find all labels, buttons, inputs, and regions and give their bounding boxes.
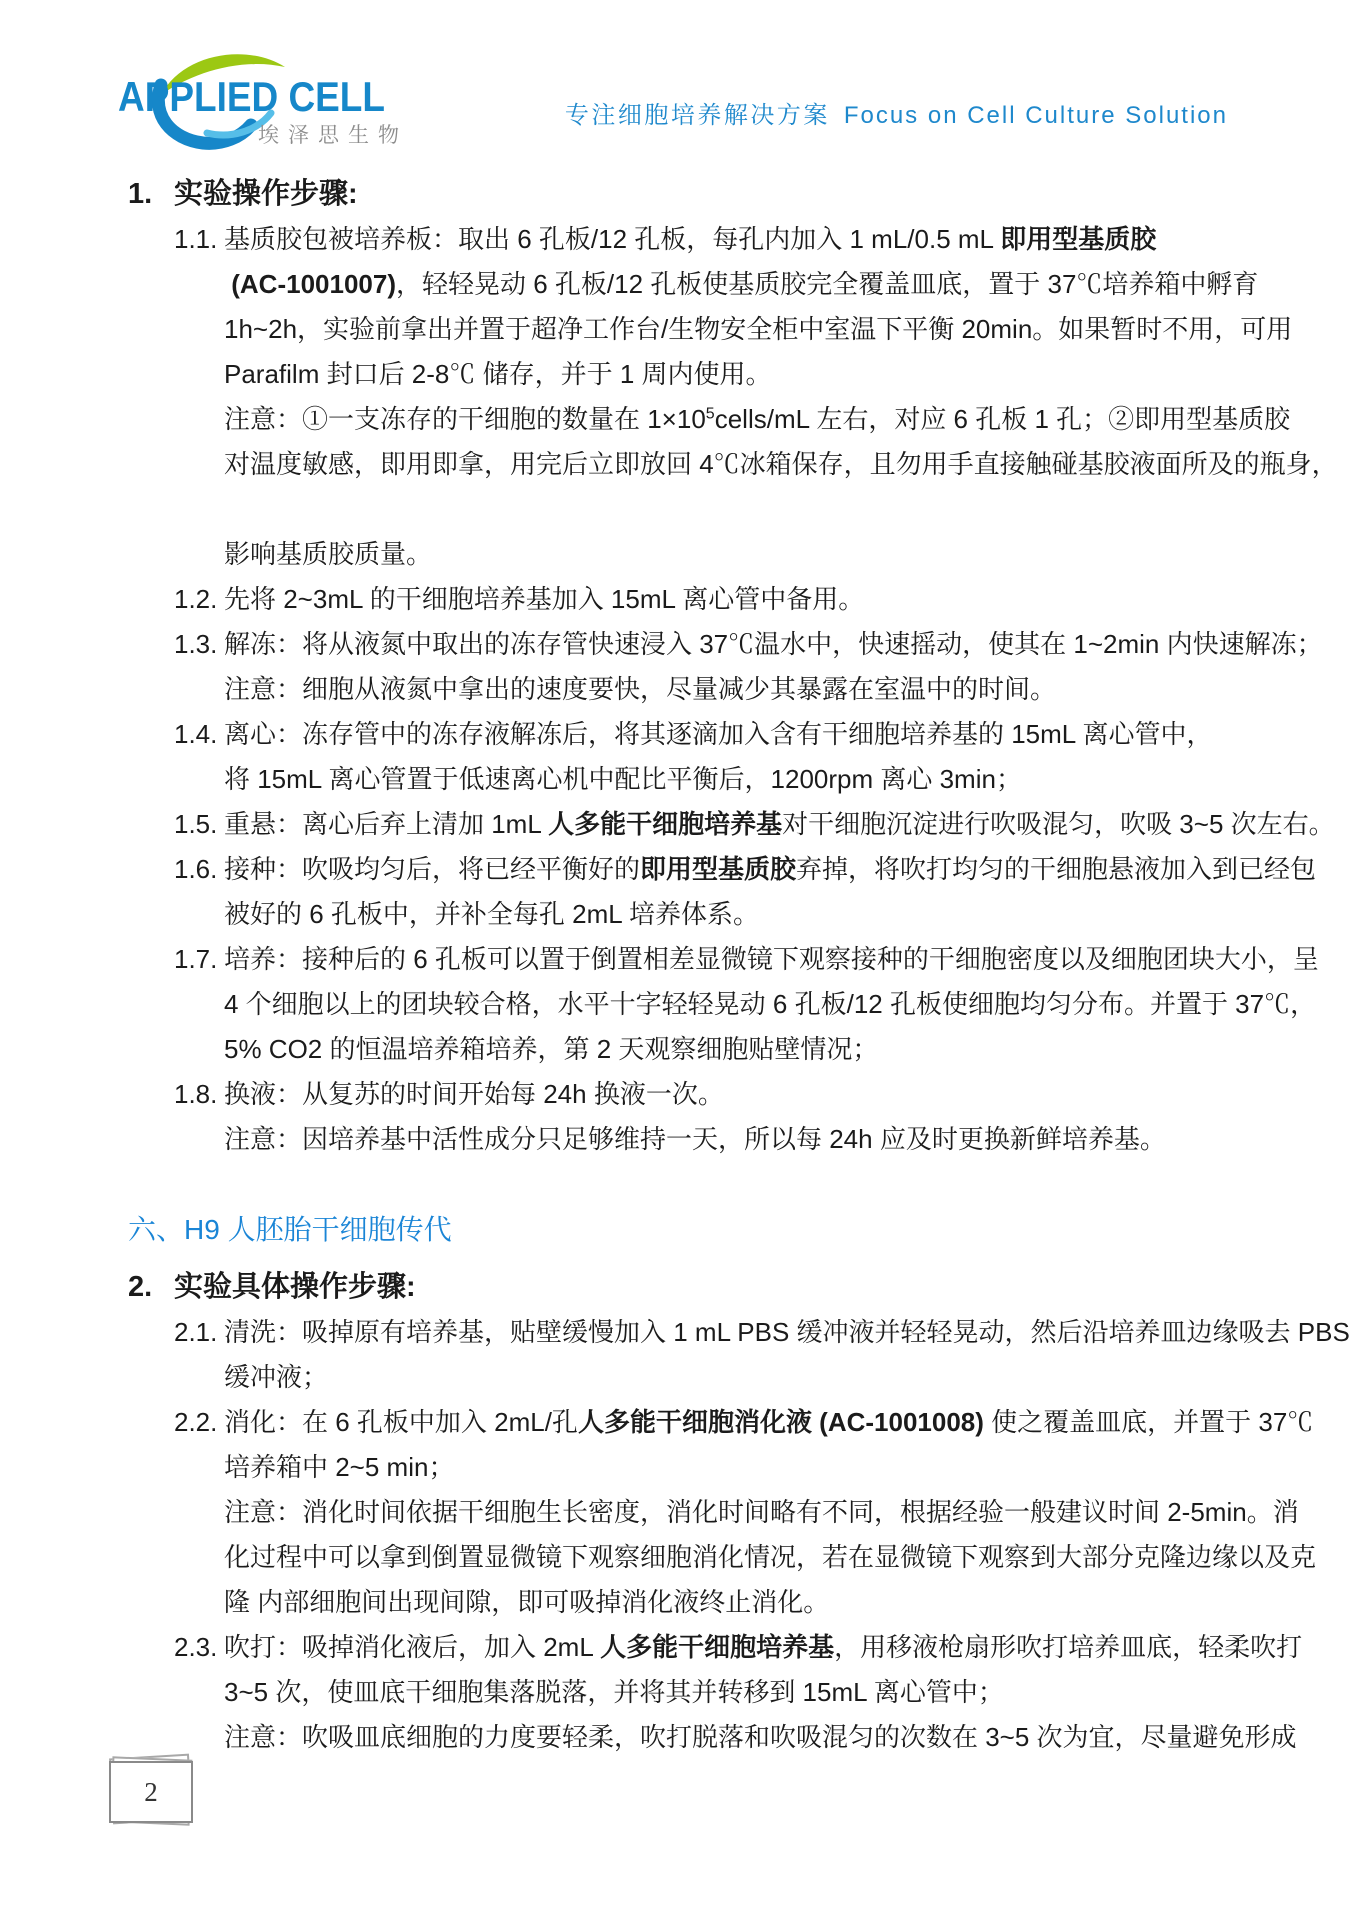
text-run: 接种：吹吸均匀后，将已经平衡好的 [224,854,640,884]
item-body: 重悬：离心后弃上清加 1mL 人多能干细胞培养基对干细胞沉淀进行吹吸混匀，吹吸 … [224,802,1240,847]
text-run: 被好的 6 孔板中，并补全每孔 2mL 培养体系。 [224,899,759,929]
text-line: 消化：在 6 孔板中加入 2mL/孔人多能干细胞消化液 (AC-1001008)… [224,1400,1240,1445]
page-number: 2 [144,1777,158,1808]
text-line: Parafilm 封口后 2-8℃ 储存，并于 1 周内使用。 [224,352,1240,397]
text-run: 化过程中可以拿到倒置显微镜下观察细胞消化情况，若在显微镜下观察到大部分克隆边缘以… [224,1542,1316,1572]
text-run: 使之覆盖皿底，并置于 37℃ [984,1407,1313,1437]
text-run: 先将 2~3mL 的干细胞培养基加入 15mL 离心管中备用。 [224,584,864,614]
text-line: 基质胶包被培养板：取出 6 孔板/12 孔板，每孔内加入 1 mL/0.5 mL… [224,217,1240,262]
list-item: 1.8.换液：从复苏的时间开始每 24h 换液一次。注意：因培养基中活性成分只足… [128,1072,1240,1162]
text-line: 先将 2~3mL 的干细胞培养基加入 15mL 离心管中备用。 [224,577,1240,622]
text-line: 注意：吹吸皿底细胞的力度要轻柔，吹打脱落和吹吸混匀的次数在 3~5 次为宜，尽量… [224,1715,1240,1760]
text-run: ，用移液枪扇形吹打培养皿底，轻柔吹打 [834,1632,1302,1662]
item-number: 1.6. [174,847,224,937]
text-run: 注意：消化时间依据干细胞生长密度，消化时间略有不同，根据经验一般建议时间 2-5… [224,1497,1299,1527]
text-run: 解冻：将从液氮中取出的冻存管快速浸入 37℃温水中，快速摇动，使其在 1~2mi… [224,629,1323,659]
item-number: 1.7. [174,937,224,1072]
item-number: 1.2. [174,577,224,622]
item-body: 基质胶包被培养板：取出 6 孔板/12 孔板，每孔内加入 1 mL/0.5 mL… [224,217,1240,577]
text-run: 4 个细胞以上的团块较合格，水平十字轻轻晃动 6 孔板/12 孔板使细胞均匀分布… [224,989,1316,1019]
item-number: 1.4. [174,712,224,802]
item-body: 清洗：吸掉原有培养基，贴壁缓慢加入 1 mL PBS 缓冲液并轻轻晃动，然后沿培… [224,1310,1240,1400]
text-line: 3~5 次，使皿底干细胞集落脱落，并将其并转移到 15mL 离心管中； [224,1670,1240,1715]
logo-title: APPLIED CELL [118,73,385,121]
text-line: 培养：接种后的 6 孔板可以置于倒置相差显微镜下观察接种的干细胞密度以及细胞团块… [224,937,1240,982]
text-run: Parafilm 封口后 2-8℃ 储存，并于 1 周内使用。 [224,359,772,389]
tagline-english: Focus on Cell Culture Solution [844,102,1228,129]
item-body: 消化：在 6 孔板中加入 2mL/孔人多能干细胞消化液 (AC-1001008)… [224,1400,1240,1625]
header-tagline: 专注细胞培养解决方案Focus on Cell Culture Solution [565,95,1228,130]
vertical-spacer [128,1162,1240,1207]
text-run: 注意：吹吸皿底细胞的力度要轻柔，吹打脱落和吹吸混匀的次数在 3~5 次为宜，尽量… [224,1722,1297,1752]
text-run: 对温度敏感，即用即拿，用完后立即放回 4℃冰箱保存，且勿用手直接触碰基胶液面所及… [224,449,1338,479]
list-item: 1.2.先将 2~3mL 的干细胞培养基加入 15mL 离心管中备用。 [128,577,1240,622]
item-number: 1.1. [174,217,224,577]
item-body: 先将 2~3mL 的干细胞培养基加入 15mL 离心管中备用。 [224,577,1240,622]
text-run: 注意：因培养基中活性成分只足够维持一天，所以每 24h 应及时更换新鲜培养基。 [224,1124,1166,1154]
text-line: 1h~2h，实验前拿出并置于超净工作台/生物安全柜中室温下平衡 20min。如果… [224,307,1240,352]
text-run: 影响基质胶质量。 [224,539,432,569]
text-run: 离心：冻存管中的冻存液解冻后，将其逐滴加入含有干细胞培养基的 15mL 离心管中… [224,719,1213,749]
item-number: 1.5. [174,802,224,847]
heading-text: 实验操作步骤: [174,172,1240,217]
item-body: 吹打：吸掉消化液后，加入 2mL 人多能干细胞培养基，用移液枪扇形吹打培养皿底，… [224,1625,1240,1760]
text-line: 吹打：吸掉消化液后，加入 2mL 人多能干细胞培养基，用移液枪扇形吹打培养皿底，… [224,1625,1240,1670]
text-line: 离心：冻存管中的冻存液解冻后，将其逐滴加入含有干细胞培养基的 15mL 离心管中… [224,712,1240,757]
text-line: 5% CO2 的恒温培养箱培养，第 2 天观察细胞贴壁情况； [224,1027,1240,1072]
text-run: 吹打：吸掉消化液后，加入 2mL [224,1632,600,1662]
text-run: 将 15mL 离心管置于低速离心机中配比平衡后，1200rpm 离心 3min； [224,764,1022,794]
text-run: 清洗：吸掉原有培养基，贴壁缓慢加入 1 mL PBS 缓冲液并轻轻晃动，然后沿培… [224,1317,1350,1347]
list-item: 2.2.消化：在 6 孔板中加入 2mL/孔人多能干细胞消化液 (AC-1001… [128,1400,1240,1625]
bold-text-run: 人多能干细胞消化液 (AC-1001008) [578,1407,984,1437]
text-line: 将 15mL 离心管置于低速离心机中配比平衡后，1200rpm 离心 3min； [224,757,1240,802]
text-run: 隆 内部细胞间出现间隙，即可吸掉消化液终止消化。 [224,1587,829,1617]
text-line: 隆 内部细胞间出现间隙，即可吸掉消化液终止消化。 [224,1580,1240,1625]
logo-subtitle: 埃泽思生物 [258,119,408,149]
text-run: 消化：在 6 孔板中加入 2mL/孔 [224,1407,578,1437]
text-run: cells/mL 左右，对应 6 孔板 1 孔；②即用型基质胶 [715,404,1290,434]
item-number: 2.3. [174,1625,224,1760]
bold-text-run: 人多能干细胞培养基 [600,1632,834,1662]
text-line: 注意：消化时间依据干细胞生长密度，消化时间略有不同，根据经验一般建议时间 2-5… [224,1490,1240,1535]
text-run: 5% CO2 的恒温培养箱培养，第 2 天观察细胞贴壁情况； [224,1034,878,1064]
text-line: 解冻：将从液氮中取出的冻存管快速浸入 37℃温水中，快速摇动，使其在 1~2mi… [224,622,1240,667]
item-number: 1.8. [174,1072,224,1162]
text-run: 注意：细胞从液氮中拿出的速度要快，尽量减少其暴露在室温中的时间。 [224,674,1056,704]
heading-text: 实验具体操作步骤: [174,1265,1240,1310]
page-header: APPLIED CELL 埃泽思生物 专注细胞培养解决方案Focus on Ce… [110,45,1240,150]
document-body: 1.实验操作步骤:1.1.基质胶包被培养板：取出 6 孔板/12 孔板，每孔内加… [0,172,1350,1760]
heading-number: 2. [128,1265,174,1310]
text-run: 3~5 次，使皿底干细胞集落脱落，并将其并转移到 15mL 离心管中； [224,1677,1004,1707]
bold-text-run: 即用型基质胶 [640,854,796,884]
text-line: (AC-1001007)，轻轻晃动 6 孔板/12 孔板使基质胶完全覆盖皿底，置… [224,262,1240,307]
text-line: 清洗：吸掉原有培养基，贴壁缓慢加入 1 mL PBS 缓冲液并轻轻晃动，然后沿培… [224,1310,1240,1355]
item-number: 2.2. [174,1400,224,1625]
numbered-heading: 2.实验具体操作步骤: [128,1265,1240,1310]
item-body: 离心：冻存管中的冻存液解冻后，将其逐滴加入含有干细胞培养基的 15mL 离心管中… [224,712,1240,802]
bold-text-run: (AC-1001007) [231,269,396,299]
text-run: 弃掉，将吹打均匀的干细胞悬液加入到已经包 [796,854,1316,884]
company-logo: APPLIED CELL 埃泽思生物 [110,45,530,150]
heading-number: 1. [128,172,174,217]
text-run: 1h~2h，实验前拿出并置于超净工作台/生物安全柜中室温下平衡 20min。如果… [224,314,1292,344]
text-run: ，轻轻晃动 6 孔板/12 孔板使基质胶完全覆盖皿底，置于 37℃培养箱中孵育 [396,269,1258,299]
numbered-heading: 1.实验操作步骤: [128,172,1240,217]
list-item: 1.6.接种：吹吸均匀后，将已经平衡好的即用型基质胶弃掉，将吹打均匀的干细胞悬液… [128,847,1240,937]
text-line: 接种：吹吸均匀后，将已经平衡好的即用型基质胶弃掉，将吹打均匀的干细胞悬液加入到已… [224,847,1240,892]
superscript-run: 5 [706,405,715,422]
item-body: 换液：从复苏的时间开始每 24h 换液一次。注意：因培养基中活性成分只足够维持一… [224,1072,1240,1162]
text-run: 对干细胞沉淀进行吹吸混匀，吹吸 3~5 次左右。 [782,809,1335,839]
text-run: 培养：接种后的 6 孔板可以置于倒置相差显微镜下观察接种的干细胞密度以及细胞团块… [224,944,1319,974]
item-body: 接种：吹吸均匀后，将已经平衡好的即用型基质胶弃掉，将吹打均匀的干细胞悬液加入到已… [224,847,1240,937]
list-item: 1.3.解冻：将从液氮中取出的冻存管快速浸入 37℃温水中，快速摇动，使其在 1… [128,622,1240,712]
text-line: 注意：细胞从液氮中拿出的速度要快，尽量减少其暴露在室温中的时间。 [224,667,1240,712]
item-number: 2.1. [174,1310,224,1400]
text-line [224,487,1240,532]
section-title: 六、H9 人胚胎干细胞传代 [128,1207,1240,1252]
list-item: 1.5.重悬：离心后弃上清加 1mL 人多能干细胞培养基对干细胞沉淀进行吹吸混匀… [128,802,1240,847]
list-item: 2.1.清洗：吸掉原有培养基，贴壁缓慢加入 1 mL PBS 缓冲液并轻轻晃动，… [128,1310,1240,1400]
text-line: 重悬：离心后弃上清加 1mL 人多能干细胞培养基对干细胞沉淀进行吹吸混匀，吹吸 … [224,802,1240,847]
list-item: 1.1.基质胶包被培养板：取出 6 孔板/12 孔板，每孔内加入 1 mL/0.… [128,217,1240,577]
text-run: 重悬：离心后弃上清加 1mL [224,809,548,839]
list-item: 1.7.培养：接种后的 6 孔板可以置于倒置相差显微镜下观察接种的干细胞密度以及… [128,937,1240,1072]
document-page: APPLIED CELL 埃泽思生物 专注细胞培养解决方案Focus on Ce… [0,0,1350,1909]
tagline-chinese: 专注细胞培养解决方案 [565,102,830,129]
text-line: 对温度敏感，即用即拿，用完后立即放回 4℃冰箱保存，且勿用手直接触碰基胶液面所及… [224,442,1240,487]
text-line: 4 个细胞以上的团块较合格，水平十字轻轻晃动 6 孔板/12 孔板使细胞均匀分布… [224,982,1240,1027]
list-item: 2.3.吹打：吸掉消化液后，加入 2mL 人多能干细胞培养基，用移液枪扇形吹打培… [128,1625,1240,1760]
text-run: 基质胶包被培养板：取出 6 孔板/12 孔板，每孔内加入 1 mL/0.5 mL [224,224,1000,254]
item-body: 解冻：将从液氮中取出的冻存管快速浸入 37℃温水中，快速摇动，使其在 1~2mi… [224,622,1240,712]
text-run: 注意：①一支冻存的干细胞的数量在 1×10 [224,404,706,434]
item-number: 1.3. [174,622,224,712]
list-item: 1.4.离心：冻存管中的冻存液解冻后，将其逐滴加入含有干细胞培养基的 15mL … [128,712,1240,802]
text-line: 化过程中可以拿到倒置显微镜下观察细胞消化情况，若在显微镜下观察到大部分克隆边缘以… [224,1535,1240,1580]
text-line: 被好的 6 孔板中，并补全每孔 2mL 培养体系。 [224,892,1240,937]
text-line: 培养箱中 2~5 min； [224,1445,1240,1490]
text-line: 缓冲液； [224,1355,1240,1400]
text-run: 培养箱中 2~5 min； [224,1452,454,1482]
bold-text-run: 人多能干细胞培养基 [548,809,782,839]
text-line: 影响基质胶质量。 [224,532,1240,577]
text-run: 缓冲液； [224,1362,328,1392]
text-line: 注意：因培养基中活性成分只足够维持一天，所以每 24h 应及时更换新鲜培养基。 [224,1117,1240,1162]
text-line: 换液：从复苏的时间开始每 24h 换液一次。 [224,1072,1240,1117]
item-body: 培养：接种后的 6 孔板可以置于倒置相差显微镜下观察接种的干细胞密度以及细胞团块… [224,937,1240,1072]
page-number-stamp: 2 [103,1752,199,1832]
text-line: 注意：①一支冻存的干细胞的数量在 1×105cells/mL 左右，对应 6 孔… [224,397,1240,442]
stamp-front-sheet: 2 [109,1761,193,1823]
text-run: 换液：从复苏的时间开始每 24h 换液一次。 [224,1079,724,1109]
bold-text-run: 即用型基质胶 [1000,224,1156,254]
